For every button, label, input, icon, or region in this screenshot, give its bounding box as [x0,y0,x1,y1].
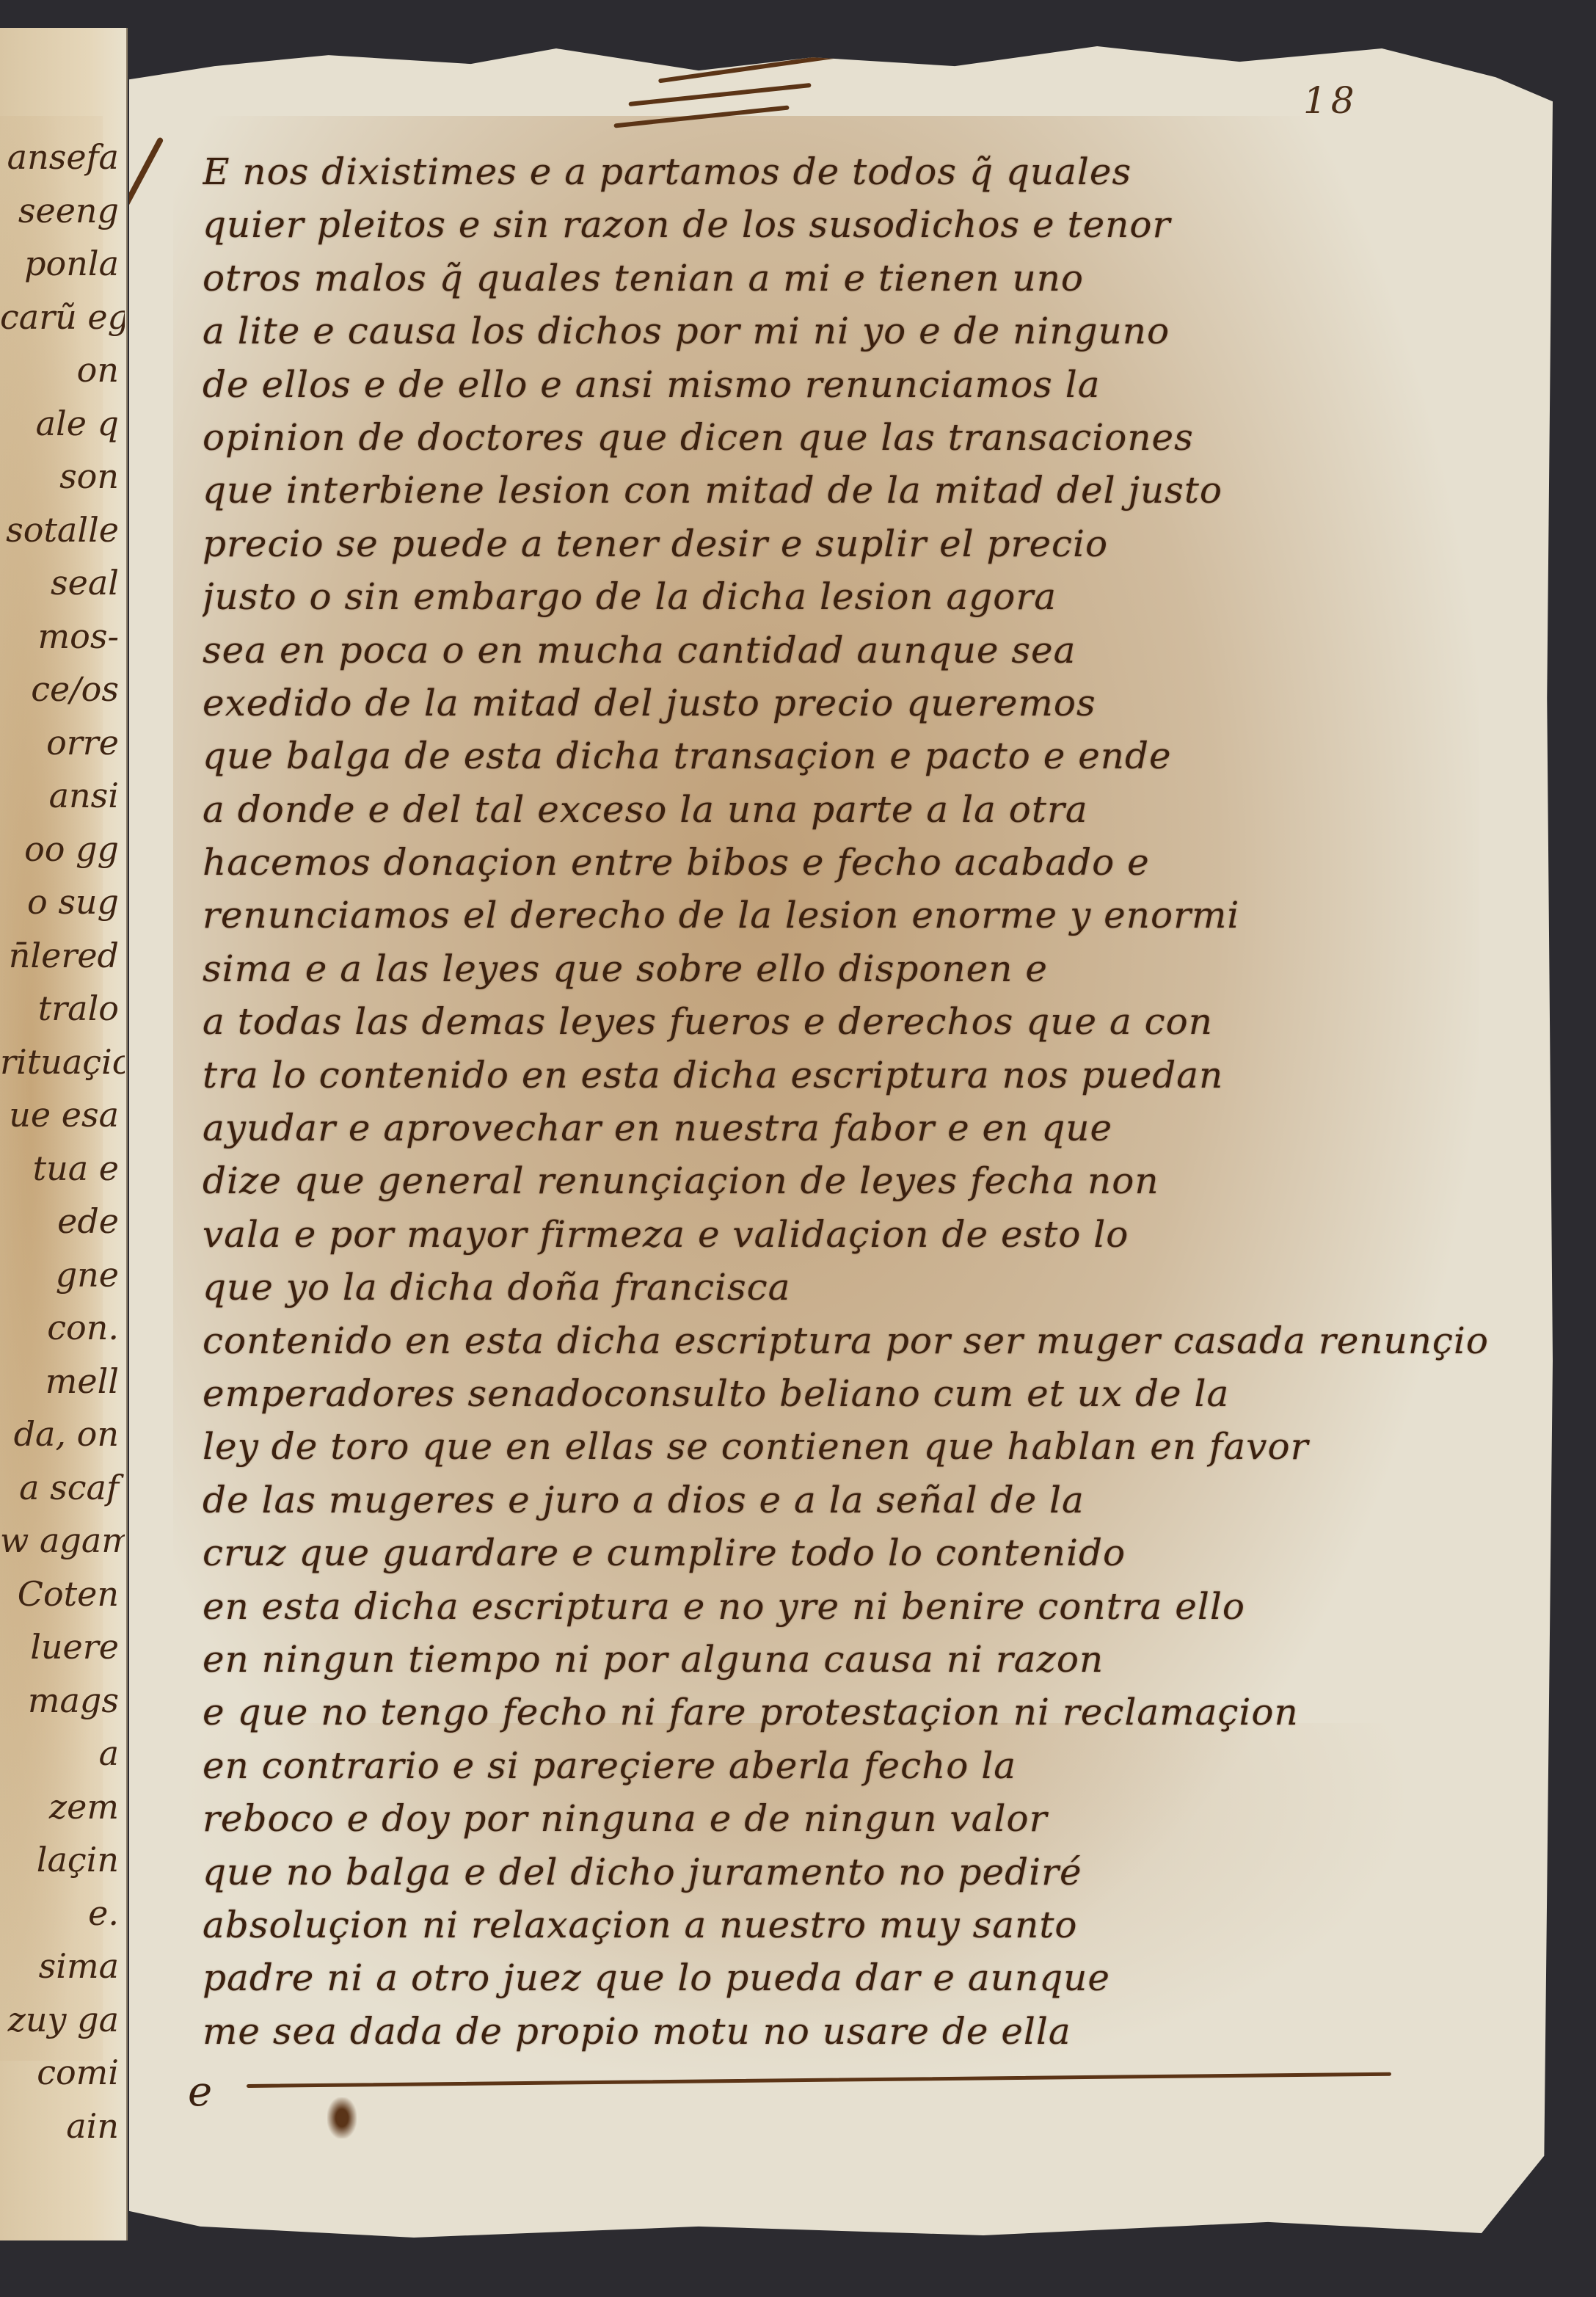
left-page-fragment: seal [0,556,125,610]
left-page-fragment: sima [0,1940,125,1993]
left-page-fragment: e. [0,1887,125,1940]
left-page-fragment: son [0,450,125,503]
left-page-fragment: comi [0,2046,125,2100]
manuscript-line: vala e por mayor firmeza e validaçion de… [203,1208,1494,1261]
left-page-fragment: sotalle [0,503,125,557]
manuscript-line: que no balga e del dicho juramento no pe… [203,1846,1494,1899]
heading-strokes [591,65,870,131]
left-page-fragment: laçin [0,1833,125,1887]
manuscript-line: sima e a las leyes que sobre ello dispon… [203,942,1494,995]
manuscript-line: exedido de la mitad del justo precio que… [203,677,1494,729]
manuscript-line: dize que general renunçiaçion de leyes f… [203,1154,1494,1207]
manuscript-line: renunciamos el derecho de la lesion enor… [203,889,1494,942]
left-page-fragment: oo gg [0,823,125,876]
manuscript-line: absoluçion ni relaxaçion a nuestro muy s… [203,1899,1494,1951]
manuscript-line: padre ni a otro juez que lo pueda dar e … [203,1951,1494,2004]
manuscript-line: me sea dada de propio motu no usare de e… [203,2005,1494,2058]
left-page-fragment: ue esa [0,1088,125,1142]
left-page-fragment: ce/os [0,663,125,716]
left-page-fragment: carũ eg [0,291,125,344]
left-page-fragment: Coten [0,1568,125,1621]
left-page-fragment: o sug [0,876,125,929]
left-page-fragment: mell [0,1355,125,1408]
manuscript-line: cruz que guardare e cumplire todo lo con… [203,1526,1494,1579]
left-page-fragment: da, on [0,1408,125,1461]
ink-blot [327,2097,357,2138]
main-text-block: E nos dixistimes e a partamos de todos q… [203,145,1494,2058]
left-page-fragment: mags [0,1674,125,1728]
left-page-fragment: w agam [0,1514,125,1568]
manuscript-line: de ellos e de ello e ansi mismo renuncia… [203,358,1494,411]
manuscript-line: de las mugeres e juro a dios e a la seña… [203,1474,1494,1526]
manuscript-line: precio se puede a tener desir e suplir e… [203,517,1494,570]
manuscript-line: que balga de esta dicha transaçion e pac… [203,729,1494,782]
left-page-fragment: ansefa [0,131,125,184]
manuscript-line: en esta dicha escriptura e no yre ni ben… [203,1580,1494,1633]
left-page-fragment: ain [0,2100,125,2153]
left-page-fragment: a scaf [0,1461,125,1515]
folio-number: 18 [1303,79,1359,122]
left-page-fragment: zuy ga [0,1993,125,2047]
left-page-text: ansefaseengponlacarũ egonale qsonsotalle… [0,131,125,2152]
left-page-fragment: gne [0,1248,125,1302]
manuscript-line: tra lo contenido en esta dicha escriptur… [203,1049,1494,1102]
left-page-fragment: n̄lered [0,929,125,983]
manuscript-line: e que no tengo fecho ni fare protestaçio… [203,1686,1494,1739]
closing-mark: e [188,2068,212,2116]
manuscript-line: emperadores senadoconsulto beliano cum e… [203,1367,1494,1420]
facing-left-page: ansefaseengponlacarũ egonale qsonsotalle… [0,28,128,2240]
left-page-fragment: ale q [0,397,125,451]
left-page-fragment: tralo [0,982,125,1035]
left-page-fragment: zem [0,1780,125,1834]
manuscript-line: que yo la dicha doña francisca [203,1261,1494,1314]
left-page-fragment: orre [0,716,125,770]
manuscript-line: que interbiene lesion con mitad de la mi… [203,464,1494,517]
manuscript-line: reboco e doy por ninguna e de ningun val… [203,1792,1494,1845]
manuscript-line: a lite e causa los dichos por mi ni yo e… [203,305,1494,357]
manuscript-folio: 18 E nos dixistimes e a partamos de todo… [129,35,1553,2244]
manuscript-line: ayudar e aprovechar en nuestra fabor e e… [203,1102,1494,1154]
left-page-fragment: ponla [0,237,125,291]
manuscript-line: ley de toro que en ellas se contienen qu… [203,1420,1494,1473]
left-page-fragment: tua e [0,1142,125,1195]
manuscript-line: opinion de doctores que dicen que las tr… [203,411,1494,464]
left-page-fragment: con. [0,1301,125,1355]
left-page-fragment: a [0,1727,125,1780]
manuscript-line: a todas las demas leyes fueros e derecho… [203,995,1494,1048]
left-page-fragment: on [0,343,125,397]
manuscript-line: E nos dixistimes e a partamos de todos q… [203,145,1494,198]
manuscript-line: hacemos donaçion entre bibos e fecho aca… [203,836,1494,889]
left-page-fragment: luere [0,1620,125,1674]
left-page-fragment: mos- [0,610,125,663]
manuscript-line: otros malos q̃ quales tenian a mi e tien… [203,252,1494,305]
manuscript-line: a donde e del tal exceso la una parte a … [203,783,1494,836]
manuscript-line: justo o sin embargo de la dicha lesion a… [203,570,1494,623]
manuscript-line: en ningun tiempo ni por alguna causa ni … [203,1633,1494,1686]
manuscript-line: sea en poca o en mucha cantidad aunque s… [203,624,1494,677]
left-page-fragment: seeng [0,184,125,238]
manuscript-line: contenido en esta dicha escriptura por s… [203,1314,1494,1367]
left-page-fragment: rituaçion [0,1035,125,1089]
left-page-fragment: ansi [0,769,125,823]
manuscript-line: quier pleitos e sin razon de los susodic… [203,198,1494,251]
manuscript-line: en contrario e si pareçiere aberla fecho… [203,1739,1494,1792]
left-page-fragment: ede [0,1195,125,1248]
